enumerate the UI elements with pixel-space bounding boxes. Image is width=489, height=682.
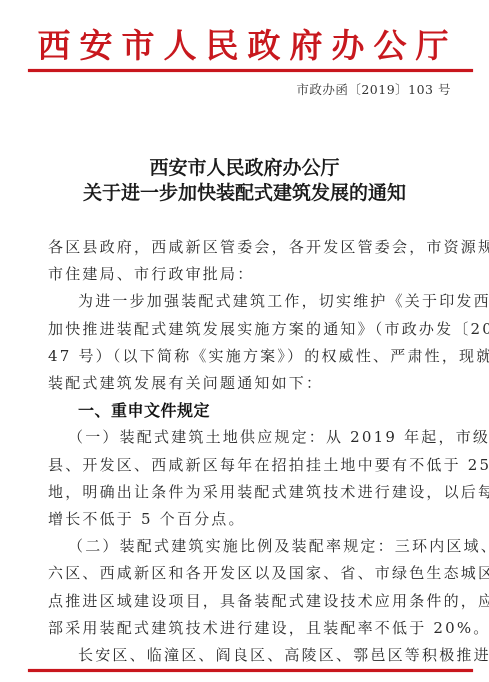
document-title-line1: 西安市人民政府办公厅 (0, 155, 489, 181)
document-title-line2: 关于进一步加快装配式建筑发展的通知 (0, 180, 489, 206)
paragraph-line: （一）装配式建筑土地供应规定：从 2019 年起，市级及区 (48, 424, 458, 451)
paragraph-line: 县、开发区、西咸新区每年在招拍挂土地中要有不低于 25%的用 (48, 452, 458, 479)
paragraph-line: 47 号）（以下简称《实施方案》）的权威性、严肃性，现就推进 (48, 343, 458, 370)
paragraph-line: （二）装配式建筑实施比例及装配率规定：三环内区域、城 (48, 533, 458, 560)
document-number: 市政办函〔2019〕103 号 (296, 81, 451, 99)
paragraph-line: 加快推进装配式建筑发展实施方案的通知》（市政办发〔2017〕 (48, 316, 458, 343)
paragraph-line: 六区、西咸新区和各开发区以及国家、省、市绿色生态城区等重 (48, 560, 458, 587)
addressee-line: 各区县政府，西咸新区管委会，各开发区管委会，市资源规划局、 (48, 234, 458, 261)
paragraph-line: 地，明确出让条件为采用装配式建筑技术进行建设，以后每年度 (48, 479, 458, 506)
header-red-rule (28, 69, 473, 72)
paragraph-line: 为进一步加强装配式建筑工作，切实维护《关于印发西安市 (48, 288, 458, 315)
letterhead-issuer: 西安市人民政府办公厅 (0, 28, 489, 64)
paragraph-line: 点推进区域建设项目，具备装配式建设技术应用条件的，应当全 (48, 588, 458, 615)
section-heading: 一、重申文件规定 (48, 397, 458, 424)
paragraph-line: 长安区、临潼区、阎良区、高陵区、鄠邑区等积极推进区域 (48, 642, 458, 669)
paragraph-line: 增长不低于 5 个百分点。 (48, 506, 458, 533)
document-body: 各区县政府，西咸新区管委会，各开发区管委会，市资源规划局、 市住建局、市行政审批… (48, 234, 458, 669)
footer-red-rule (28, 669, 473, 672)
paragraph-line: 部采用装配式建筑技术进行建设，且装配率不低于 20%。 (48, 615, 458, 642)
addressee-line: 市住建局、市行政审批局： (48, 261, 458, 288)
paragraph-line: 装配式建筑发展有关问题通知如下： (48, 370, 458, 397)
